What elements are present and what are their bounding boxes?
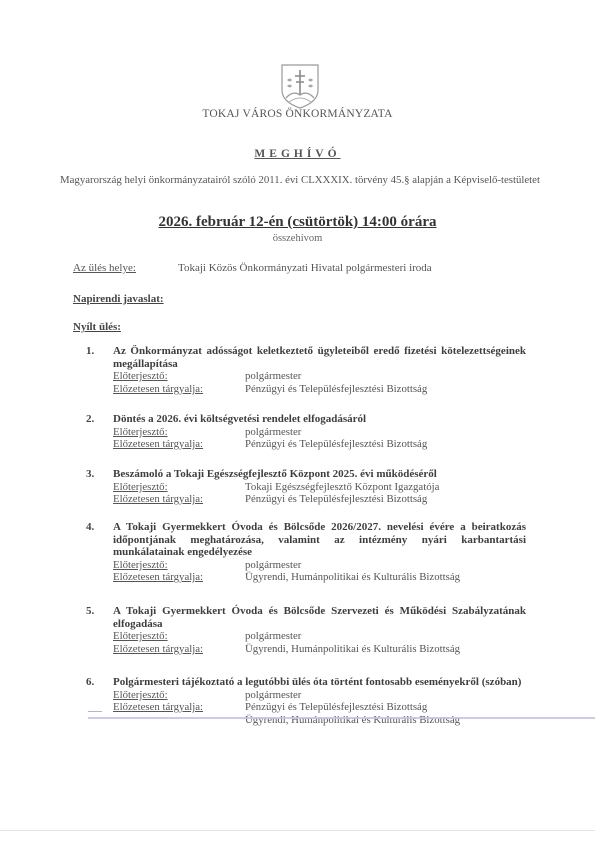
presenter-value: polgármester [245,370,526,383]
committee-name: Ügyrendi, Humánpolitikai és Kulturális B… [245,571,526,584]
presenter-label: Előterjesztő: [113,559,245,572]
committee-label: Előzetesen tárgyalja: [113,493,245,506]
presenter-value: polgármester [245,689,526,702]
agenda-item-title: A Tokaji Gyermekkert Óvoda és Bölcsőde S… [113,605,526,630]
committee-label: Előzetesen tárgyalja: [113,571,245,584]
agenda-item-title: A Tokaji Gyermekkert Óvoda és Bölcsőde 2… [113,521,526,559]
committee-label: Előzetesen tárgyalja: [113,438,245,451]
agenda-item: 3.Beszámoló a Tokaji Egészségfejlesztő K… [86,468,526,506]
committee-value: Pénzügyi és Településfejlesztési Bizotts… [245,383,526,396]
place-label: Az ülés helye: [73,262,136,274]
presenter-value: polgármester [245,559,526,572]
committee-name: Ügyrendi, Humánpolitikai és Kulturális B… [245,643,526,656]
scan-artifact-line [88,717,595,719]
committee-value: Pénzügyi és Településfejlesztési Bizotts… [245,438,526,451]
agenda-item-number: 3. [86,468,94,481]
committee-name: Pénzügyi és Településfejlesztési Bizotts… [245,383,526,396]
coat-of-arms-icon [279,62,321,110]
committee-name: Ügyrendi, Humánpolitikai és Kulturális B… [245,714,526,727]
meeting-date: 2026. február 12-én (csütörtök) 14:00 ór… [0,214,595,231]
committee-name: Pénzügyi és Településfejlesztési Bizotts… [245,493,526,506]
agenda-item-number: 1. [86,345,94,358]
agenda-item-title: Polgármesteri tájékoztató a legutóbbi ül… [113,676,526,689]
committee-value: Ügyrendi, Humánpolitikai és Kulturális B… [245,571,526,584]
committee-label: Előzetesen tárgyalja: [113,383,245,396]
presenter-value: polgármester [245,630,526,643]
presenter-value: Tokaji Egészségfejlesztő Központ Igazgat… [245,481,526,494]
presenter-label: Előterjesztő: [113,689,245,702]
committee-label: Előzetesen tárgyalja: [113,643,245,656]
scan-artifact-line [0,830,595,831]
presenter-label: Előterjesztő: [113,426,245,439]
organization-name: TOKAJ VÁROS ÖNKORMÁNYZATA [0,108,595,120]
agenda-item-title: Döntés a 2026. évi költségvetési rendele… [113,413,526,426]
presenter-label: Előterjesztő: [113,370,245,383]
committee-value: Ügyrendi, Humánpolitikai és Kulturális B… [245,643,526,656]
agenda-item-number: 5. [86,605,94,618]
place-value: Tokaji Közös Önkormányzati Hivatal polgá… [178,262,432,274]
agenda-item-title: Az Önkormányzat adósságot keletkeztető ü… [113,345,526,370]
presenter-value: polgármester [245,426,526,439]
agenda-heading: Napirendi javaslat: [73,293,164,305]
agenda-item-number: 2. [86,413,94,426]
agenda-item-title: Beszámoló a Tokaji Egészségfejlesztő Köz… [113,468,526,481]
scan-mark [88,711,102,712]
presenter-label: Előterjesztő: [113,630,245,643]
committee-value: Pénzügyi és Településfejlesztési Bizotts… [245,701,526,726]
convene-text: összehívom [0,233,595,244]
committee-label: Előzetesen tárgyalja: [113,701,245,726]
agenda-item-number: 6. [86,676,94,689]
agenda-item: 4.A Tokaji Gyermekkert Óvoda és Bölcsőde… [86,521,526,584]
agenda-item: 2.Döntés a 2026. évi költségvetési rende… [86,413,526,451]
committee-name: Pénzügyi és Településfejlesztési Bizotts… [245,438,526,451]
agenda-item: 1.Az Önkormányzat adósságot keletkeztető… [86,345,526,395]
agenda-item: 5.A Tokaji Gyermekkert Óvoda és Bölcsőde… [86,605,526,655]
open-session-heading: Nyílt ülés: [73,321,121,333]
agenda-item-number: 4. [86,521,94,534]
presenter-label: Előterjesztő: [113,481,245,494]
committee-name: Pénzügyi és Településfejlesztési Bizotts… [245,701,526,714]
intro-text: Magyarország helyi önkormányzatairól szó… [60,174,540,188]
document-title: MEGHÍVÓ [0,148,595,160]
committee-value: Pénzügyi és Településfejlesztési Bizotts… [245,493,526,506]
